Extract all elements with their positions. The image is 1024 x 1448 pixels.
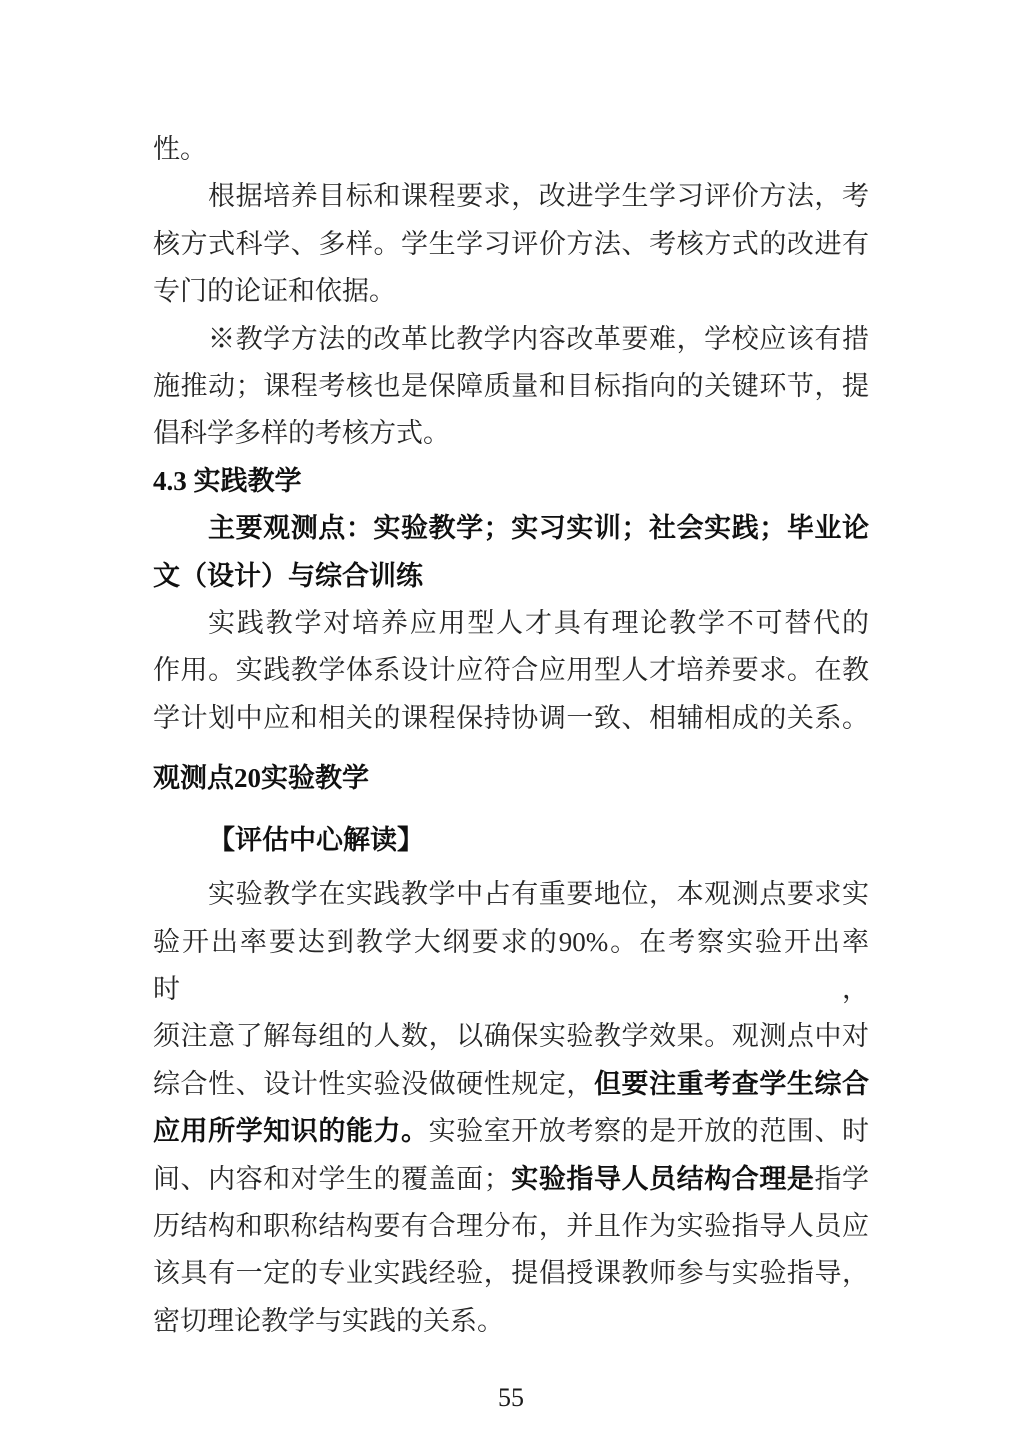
text-block: 性。根据培养目标和课程要求，改进学生学习评价方法，考核方式科学、多样。学生学习评… [153, 126, 869, 1345]
text-segment: 主要观测点：实验教学；实习实训；社会实践；毕业论 [208, 513, 869, 543]
text-segment: 性。 [153, 134, 207, 164]
text-segment: 历结构和职称结构要有合理分布，并且作为实验指导人员应 [153, 1211, 869, 1241]
text-segment: 综合性、设计性实验没做硬性规定， [153, 1069, 594, 1099]
text-segment: 密切理论教学与实践的关系。 [153, 1306, 504, 1336]
document-page: 性。根据培养目标和课程要求，改进学生学习评价方法，考核方式科学、多样。学生学习评… [0, 0, 1024, 1448]
text-segment: 学计划中应和相关的课程保持协调一致、相辅相成的关系。 [153, 703, 869, 733]
text-line: 专门的论证和依据。 [153, 268, 869, 315]
text-segment: 实验指导人员结构合理是 [511, 1164, 815, 1194]
text-segment: 该具有一定的专业实践经验，提倡授课教师参与实验指导， [153, 1258, 869, 1288]
text-segment: 施推动；课程考核也是保障质量和目标指向的关键环节，提 [153, 371, 869, 401]
text-line: 实验教学在实践教学中占有重要地位，本观测点要求实 [153, 871, 869, 918]
text-line: 应用所学知识的能力。实验室开放考察的是开放的范围、时 [153, 1108, 869, 1155]
text-segment: 应用所学知识的能力。 [153, 1116, 429, 1146]
text-segment: 观测点20实验教学 [153, 763, 369, 793]
text-segment: 4.3 实践教学 [153, 466, 302, 496]
text-segment: 作用。实践教学体系设计应符合应用型人才培养要求。在教 [153, 655, 869, 685]
text-line: 间、内容和对学生的覆盖面；实验指导人员结构合理是指学 [153, 1156, 869, 1203]
text-segment: 倡科学多样的考核方式。 [153, 418, 450, 448]
bracket-heading: 【评估中心解读】 [153, 817, 869, 864]
text-line: 历结构和职称结构要有合理分布，并且作为实验指导人员应 [153, 1203, 869, 1250]
text-segment: 实验教学在实践教学中占有重要地位，本观测点要求实 [208, 879, 869, 909]
text-segment: 但要注重考查学生综合 [594, 1069, 869, 1099]
text-segment: 指学 [814, 1164, 869, 1194]
text-line: 实践教学对培养应用型人才具有理论教学不可替代的 [153, 600, 869, 647]
text-segment: ※教学方法的改革比教学内容改革要难，学校应该有措 [208, 324, 869, 354]
text-line: 验开出率要达到教学大纲要求的90%。在考察实验开出率时， [153, 919, 869, 1014]
text-segment: 根据培养目标和课程要求，改进学生学习评价方法，考 [208, 181, 869, 211]
text-segment: 核方式科学、多样。学生学习评价方法、考核方式的改进有 [153, 229, 869, 259]
section-heading: 4.3 实践教学 [153, 458, 869, 505]
text-segment: 专门的论证和依据。 [153, 276, 396, 306]
text-line: 该具有一定的专业实践经验，提倡授课教师参与实验指导， [153, 1250, 869, 1297]
text-line: 施推动；课程考核也是保障质量和目标指向的关键环节，提 [153, 363, 869, 410]
text-segment: 实验室开放考察的是开放的范围、时 [429, 1116, 869, 1146]
text-line: 文（设计）与综合训练 [153, 553, 869, 600]
text-line: 性。 [153, 126, 869, 173]
text-line: 须注意了解每组的人数，以确保实验教学效果。观测点中对 [153, 1013, 869, 1060]
text-line: 核方式科学、多样。学生学习评价方法、考核方式的改进有 [153, 221, 869, 268]
text-line: ※教学方法的改革比教学内容改革要难，学校应该有措 [153, 316, 869, 363]
text-segment: 验开出率要达到教学大纲要求的90%。在考察实验开出率时， [153, 927, 869, 1004]
text-line: 主要观测点：实验教学；实习实训；社会实践；毕业论 [153, 505, 869, 552]
text-line: 倡科学多样的考核方式。 [153, 410, 869, 457]
text-line: 密切理论教学与实践的关系。 [153, 1298, 869, 1345]
text-segment: 须注意了解每组的人数，以确保实验教学效果。观测点中对 [153, 1021, 869, 1051]
text-line: 综合性、设计性实验没做硬性规定，但要注重考查学生综合 [153, 1061, 869, 1108]
text-line: 根据培养目标和课程要求，改进学生学习评价方法，考 [153, 173, 869, 220]
page-number: 55 [153, 1378, 869, 1418]
text-line: 学计划中应和相关的课程保持协调一致、相辅相成的关系。 [153, 695, 869, 742]
text-segment: 间、内容和对学生的覆盖面； [153, 1164, 511, 1194]
text-segment: 【评估中心解读】 [208, 825, 424, 855]
point-heading: 观测点20实验教学 [153, 755, 869, 802]
text-segment: 实践教学对培养应用型人才具有理论教学不可替代的 [208, 608, 869, 638]
text-line: 作用。实践教学体系设计应符合应用型人才培养要求。在教 [153, 647, 869, 694]
text-segment: 文（设计）与综合训练 [153, 561, 423, 591]
